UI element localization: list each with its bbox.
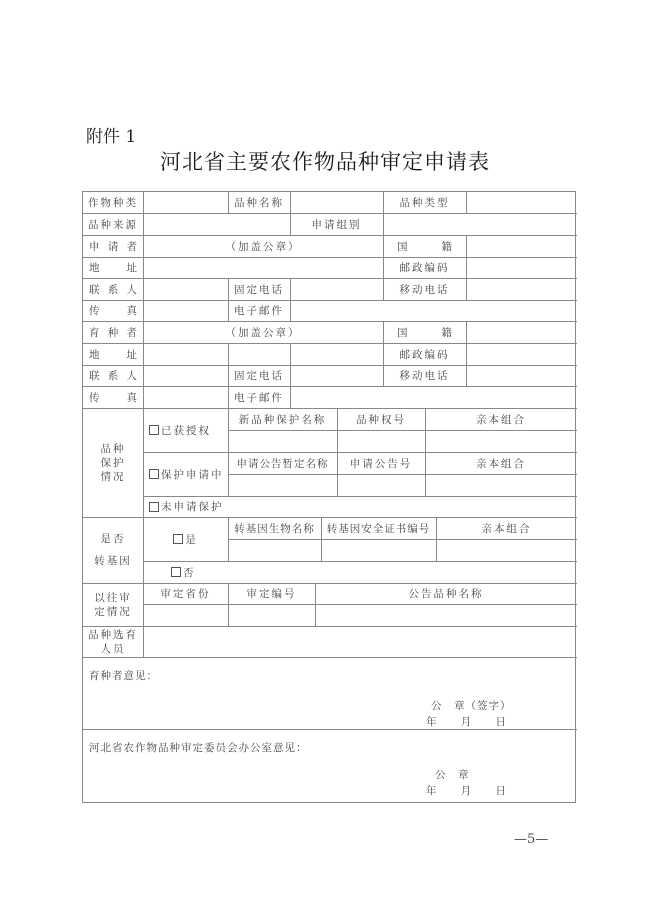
applicant-phone-label: 固定电话 xyxy=(228,278,290,300)
label-char: 申 xyxy=(89,239,100,254)
date-month: 月 xyxy=(461,783,472,798)
breeder-postcode-label: 邮政编码 xyxy=(383,343,466,365)
checkbox-label: 否 xyxy=(183,565,196,580)
apply-group-label: 申请组别 xyxy=(290,213,383,235)
label-char: 传 xyxy=(89,303,100,318)
form-title: 河北省主要农作物品种审定申请表 xyxy=(0,146,650,176)
prior-label: 以往审 定情况 xyxy=(83,583,143,626)
gm-col-organism: 转基因生物名称 xyxy=(228,517,321,539)
label-char: 址 xyxy=(127,260,138,275)
applicant-field[interactable]: （加盖公章） xyxy=(143,235,383,257)
label-char: 国 xyxy=(397,239,408,254)
variety-name-field[interactable] xyxy=(290,192,383,213)
protection-label: 品种 保护 情况 xyxy=(83,408,143,517)
office-opinion-label: 河北省农作物品种审定委员会办公室意见： xyxy=(89,739,308,755)
label-char: 传 xyxy=(89,390,100,405)
granted-name-field[interactable] xyxy=(228,430,337,452)
applicant-fax-label: 传真 xyxy=(83,300,143,321)
label-line: 情况 xyxy=(101,470,126,484)
variety-type-field[interactable] xyxy=(466,192,577,213)
label-line: 品种选育 xyxy=(88,628,138,642)
applicant-label: 申请者 xyxy=(83,235,143,257)
not-applied-checkbox[interactable]: 未申请保护 xyxy=(143,496,577,517)
gm-col-cert-no: 转基因安全证书编号 xyxy=(321,517,436,539)
applicant-mobile-label: 移动电话 xyxy=(383,278,466,300)
breeder-email-field[interactable] xyxy=(290,386,577,408)
breeder-contact-label: 联系人 xyxy=(83,365,143,386)
date-year: 年 xyxy=(426,783,437,798)
label-char: 请 xyxy=(108,239,119,254)
prior-province-field[interactable] xyxy=(143,604,228,626)
pending-parents-field[interactable] xyxy=(425,474,577,496)
gm-organism-field[interactable] xyxy=(228,539,321,561)
label-char: 人 xyxy=(127,282,138,297)
breeder-fax-field[interactable] xyxy=(143,386,228,408)
breeder-fax-label: 传真 xyxy=(83,386,143,408)
label-line: 以往审 xyxy=(94,591,132,605)
gm-no-checkbox[interactable]: 否 xyxy=(143,561,577,583)
application-form-table: 作物种类 品种名称 品种类型 品种来源 申请组别 申请者 （加盖公章） 国籍 地… xyxy=(82,191,576,803)
granted-checkbox[interactable]: 已获授权 xyxy=(143,408,228,452)
breeder-nationality-label: 国籍 xyxy=(383,321,466,343)
breeder-phone-label: 固定电话 xyxy=(228,365,290,386)
label-char: 地 xyxy=(89,260,100,275)
label-char: 籍 xyxy=(442,325,453,340)
checkbox-icon xyxy=(149,469,159,479)
variety-type-label: 品种类型 xyxy=(383,192,466,213)
label-char: 地 xyxy=(89,347,100,362)
applicant-address-label: 地址 xyxy=(83,257,143,278)
pending-checkbox[interactable]: 保护申请中 xyxy=(143,452,228,496)
label-line: 人员 xyxy=(101,642,126,656)
label-line: 定情况 xyxy=(94,605,132,619)
gm-col-parents: 亲本组合 xyxy=(436,517,577,539)
applicant-nationality-field[interactable] xyxy=(466,235,577,257)
granted-col-right-no: 品种权号 xyxy=(337,408,425,430)
office-seal-label: 公 章 xyxy=(435,767,470,781)
checkbox-icon xyxy=(149,425,159,435)
selectors-label: 品种选育 人员 xyxy=(83,626,143,657)
breeder-opinion-label: 育种者意见： xyxy=(89,667,158,683)
applicant-nationality-label: 国籍 xyxy=(383,235,466,257)
gm-parents-field[interactable] xyxy=(436,539,577,561)
label-char: 址 xyxy=(127,347,138,362)
pending-col-parents: 亲本组合 xyxy=(425,452,577,474)
breeder-address-label: 地址 xyxy=(83,343,143,365)
date-day: 日 xyxy=(496,783,507,798)
label-line: 是否 xyxy=(101,528,126,550)
variety-source-field[interactable] xyxy=(143,213,290,235)
label-line: 转基因 xyxy=(94,550,132,572)
applicant-postcode-label: 邮政编码 xyxy=(383,257,466,278)
breeder-field[interactable]: （加盖公章） xyxy=(143,321,383,343)
checkbox-label: 是 xyxy=(185,532,198,547)
variety-name-label: 品种名称 xyxy=(228,192,290,213)
date-day: 日 xyxy=(496,714,507,729)
label-char: 者 xyxy=(127,325,138,340)
gm-yes-checkbox[interactable]: 是 xyxy=(143,517,228,561)
page-number: —5— xyxy=(514,832,548,847)
prior-number-field[interactable] xyxy=(228,604,315,626)
applicant-email-label: 电子邮件 xyxy=(228,300,290,321)
breeder-mobile-label: 移动电话 xyxy=(383,365,466,386)
granted-parents-field[interactable] xyxy=(425,430,577,452)
applicant-fax-field[interactable] xyxy=(143,300,228,321)
label-char: 真 xyxy=(127,303,138,318)
breeder-date: 年月日 xyxy=(426,714,506,728)
label-char: 联 xyxy=(89,368,100,383)
attachment-label: 附件 1 xyxy=(86,122,136,147)
label-line: 品种 xyxy=(101,442,126,456)
granted-right-no-field[interactable] xyxy=(337,430,425,452)
pending-col-name: 申请公告暂定名称 xyxy=(228,452,337,474)
label-char: 真 xyxy=(127,390,138,405)
label-char: 系 xyxy=(108,282,119,297)
label-char: 联 xyxy=(89,282,100,297)
pending-name-field[interactable] xyxy=(228,474,337,496)
pending-col-notice-no: 申请公告号 xyxy=(337,452,425,474)
breeder-phone-field[interactable] xyxy=(290,365,383,386)
checkbox-icon xyxy=(173,534,183,544)
selectors-field[interactable] xyxy=(143,626,577,657)
breeder-label: 育种者 xyxy=(83,321,143,343)
crop-type-field[interactable] xyxy=(143,192,228,213)
label-char: 国 xyxy=(397,325,408,340)
applicant-email-field[interactable] xyxy=(290,300,577,321)
breeder-postcode-field[interactable] xyxy=(466,343,577,365)
label-char: 系 xyxy=(108,368,119,383)
variety-source-label: 品种来源 xyxy=(83,213,143,235)
checkbox-label: 已获授权 xyxy=(161,423,211,438)
breeder-nationality-field[interactable] xyxy=(466,321,577,343)
prior-variety-field[interactable] xyxy=(315,604,577,626)
pending-notice-no-field[interactable] xyxy=(337,474,425,496)
breeder-contact-field[interactable] xyxy=(143,365,228,386)
breeder-email-label: 电子邮件 xyxy=(228,386,290,408)
label-line: 保护 xyxy=(101,456,126,470)
granted-col-name: 新品种保护名称 xyxy=(228,408,337,430)
applicant-postcode-field[interactable] xyxy=(466,257,577,278)
label-char: 者 xyxy=(127,239,138,254)
applicant-contact-field[interactable] xyxy=(143,278,228,300)
breeder-seal-label: 公 章（签字） xyxy=(431,698,512,712)
applicant-address-field[interactable] xyxy=(143,257,383,278)
applicant-mobile-field[interactable] xyxy=(466,278,577,300)
checkbox-label: 保护申请中 xyxy=(161,467,224,482)
prior-col-number: 审定编号 xyxy=(228,583,315,604)
granted-col-parents: 亲本组合 xyxy=(425,408,577,430)
checkbox-icon xyxy=(171,567,181,577)
apply-group-field[interactable] xyxy=(383,213,577,235)
breeder-mobile-field[interactable] xyxy=(466,365,577,386)
date-month: 月 xyxy=(461,714,472,729)
gm-cert-no-field[interactable] xyxy=(321,539,436,561)
checkbox-label: 未申请保护 xyxy=(161,499,224,514)
breeder-address-field[interactable] xyxy=(143,343,383,365)
crop-type-label: 作物种类 xyxy=(83,192,143,213)
label-char: 籍 xyxy=(442,239,453,254)
checkbox-icon xyxy=(149,502,159,512)
office-date: 年月日 xyxy=(426,783,506,797)
applicant-contact-label: 联系人 xyxy=(83,278,143,300)
label-char: 人 xyxy=(127,368,138,383)
applicant-phone-field[interactable] xyxy=(290,278,383,300)
prior-col-variety: 公告品种名称 xyxy=(315,583,577,604)
label-char: 育 xyxy=(89,325,100,340)
prior-col-province: 审定省份 xyxy=(143,583,228,604)
label-char: 种 xyxy=(108,325,119,340)
date-year: 年 xyxy=(426,714,437,729)
gm-label: 是否 转基因 xyxy=(83,517,143,583)
